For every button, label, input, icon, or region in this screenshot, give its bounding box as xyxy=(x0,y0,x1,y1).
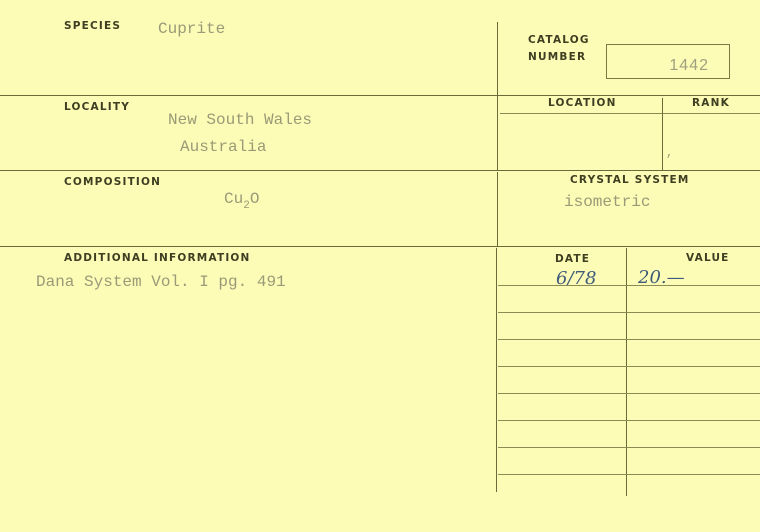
locality-line2: Australia xyxy=(180,138,266,156)
catalog-number-value: 1442 xyxy=(669,57,709,75)
date-column-header: DATE xyxy=(555,253,590,265)
table-row-line-1 xyxy=(498,285,760,286)
rank-value: , xyxy=(666,146,673,160)
table-row-line-3 xyxy=(498,339,760,340)
formula-end: O xyxy=(250,190,260,208)
catalog-label-line2: NUMBER xyxy=(528,51,586,63)
divider-vertical-top xyxy=(497,22,498,96)
composition-formula: Cu2O xyxy=(224,190,259,208)
species-value: Cuprite xyxy=(158,20,225,38)
mineral-catalog-card: SPECIES Cuprite CATALOG NUMBER 1442 LOCA… xyxy=(0,0,760,532)
additional-info-value: Dana System Vol. I pg. 491 xyxy=(36,273,286,291)
location-rank-divider xyxy=(662,98,663,170)
section-line-locality xyxy=(0,170,760,171)
divider-vertical-info xyxy=(496,248,497,492)
rank-label: RANK xyxy=(692,97,730,109)
divider-vertical-locality xyxy=(497,96,498,171)
section-line-composition xyxy=(0,246,760,247)
value-column-header: VALUE xyxy=(686,252,730,264)
formula-base: Cu xyxy=(224,190,243,208)
locality-line1: New South Wales xyxy=(168,111,312,129)
table-row-line-8 xyxy=(498,474,760,475)
locality-label: LOCALITY xyxy=(64,101,130,113)
location-header-line xyxy=(500,113,760,114)
composition-label: COMPOSITION xyxy=(64,176,161,188)
additional-info-label: ADDITIONAL INFORMATION xyxy=(64,252,251,264)
section-line-species xyxy=(0,95,760,96)
table-row-line-7 xyxy=(498,447,760,448)
crystal-system-label: CRYSTAL SYSTEM xyxy=(570,174,690,186)
species-label: SPECIES xyxy=(64,20,121,32)
divider-vertical-composition xyxy=(497,172,498,246)
catalog-label-line1: CATALOG xyxy=(528,34,590,46)
table-row-line-6 xyxy=(498,420,760,421)
table-row-line-4 xyxy=(498,366,760,367)
catalog-number-box: 1442 xyxy=(606,44,730,79)
crystal-system-value: isometric xyxy=(564,193,650,211)
table-row-line-5 xyxy=(498,393,760,394)
table-row-line-2 xyxy=(498,312,760,313)
formula-subscript: 2 xyxy=(243,200,250,212)
location-label: LOCATION xyxy=(548,97,617,109)
